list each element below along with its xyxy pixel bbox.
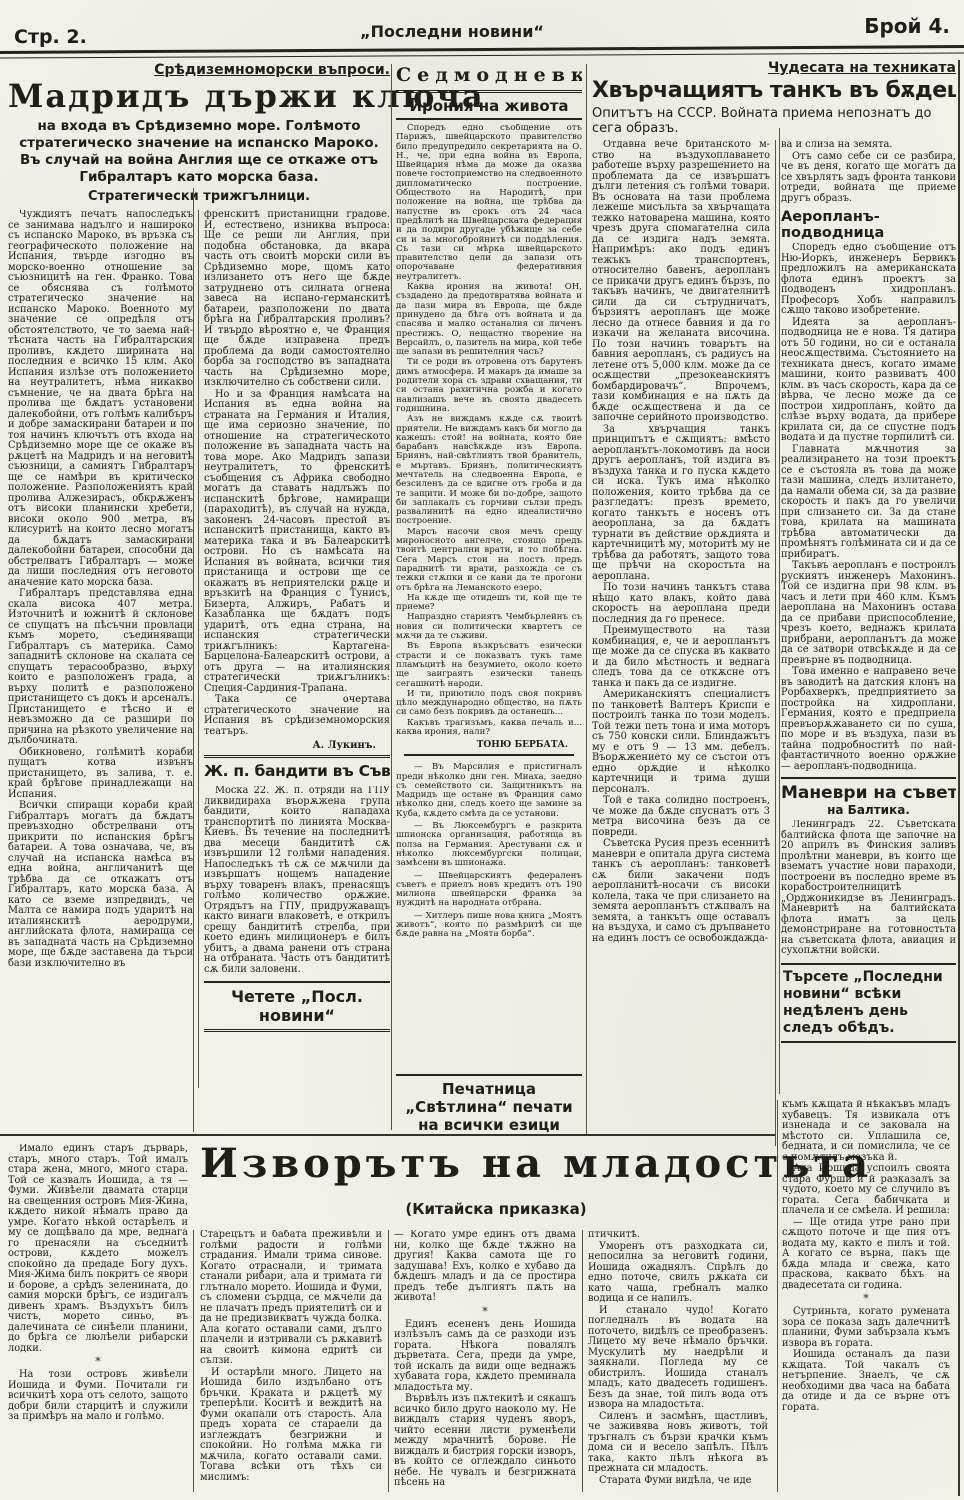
body-paragraph: къмъ кѫщата й нѣкакъвъ младъ хубавецъ. Т…: [782, 1100, 950, 1163]
tank-kicker: Чудесата на техниката: [592, 60, 956, 76]
body-paragraph: И станало чудо! Когато погледналъ въ вод…: [588, 1306, 768, 1411]
body-paragraph: И остарѣли много. Лицето на Иошида било …: [200, 1368, 382, 1484]
body-paragraph: Марсъ насочи своя мечъ срещу мироносното…: [396, 528, 582, 593]
body-paragraph: По този начинъ танкътъ става нѣщо като в…: [592, 583, 770, 625]
madrid-byline: А. Лукинъ.: [204, 740, 390, 751]
vertical-rule-bottom-4: [777, 1100, 778, 1492]
body-paragraph: Имало единъ старъ дърварь, старъ, много …: [8, 1144, 188, 1354]
spring-column-2: Старецътъ и бабата преживѣли и голѣми ра…: [200, 1230, 382, 1494]
body-paragraph: — Въ Марсилия е пристигналъ преди нѣколк…: [396, 763, 582, 819]
vertical-rule-bottom-3: [582, 1230, 583, 1492]
chetete-notice: Четете „Посл. новини“: [204, 981, 390, 1032]
body-paragraph: Силенъ и засмѣнъ, щастливъ, че заживява …: [588, 1412, 768, 1475]
body-paragraph: Така се очертава стратегическото значени…: [204, 695, 390, 737]
body-paragraph: — Въ Люксембургъ е разкрита шпионска орг…: [396, 822, 582, 868]
body-paragraph: Идеята за аеропланъ-подводница не е нова…: [781, 318, 956, 444]
body-paragraph: Уморенъ отъ разходката си, непосилна за …: [588, 1242, 768, 1305]
body-paragraph: За хвърчащия танкъ принципътъ е сѫщиятъ:…: [592, 425, 770, 583]
sedmodnevka-byline: ТОНЮ БЕРБАТА.: [396, 740, 582, 750]
body-paragraph: Напраздно стариятъ Чембърлейнъ съ новия …: [396, 613, 582, 641]
body-paragraph: — Швейцарскиятъ федераленъ съветъ е прие…: [396, 872, 582, 909]
aeroplan-submarine-headline: Аеропланъ-подводница: [781, 209, 956, 241]
body-paragraph: Старата Фуми видѣла, че иде: [588, 1476, 768, 1487]
article-sedmodnevka: Седмодневка Ирония на живота Споредъ едн…: [396, 64, 582, 1070]
body-paragraph: Споредъ едно съобщение отъ Парижъ, швейц…: [396, 124, 582, 282]
body-paragraph: Гибралтаръ представлява една скала висок…: [8, 589, 193, 747]
header-rule-thin: [0, 52, 964, 58]
body-paragraph: Какъвъ трагизъмъ, каква печаль и... какв…: [396, 719, 582, 738]
madrid-kicker: Срѣдиземноморски въпроси.: [8, 62, 390, 78]
vertical-rule-col2-col3: [391, 64, 392, 1130]
page-number-label: Стр. 2.: [14, 26, 87, 48]
maneuvers-subhead: на Балтика.: [781, 803, 956, 817]
tank-headline: Хвърчащиятъ танкъ въ бѫдещата война: [592, 78, 956, 103]
body-paragraph: Преимуществото на тази комбинация, е, че…: [592, 626, 770, 689]
sedmodnevka-section-title: Седмодневка: [396, 64, 582, 93]
body-paragraph: На кѫде ще отидешъ ти, кой ще те приеме?: [396, 594, 582, 613]
briefs-top-rule: [404, 754, 574, 756]
body-paragraph: Вървѣлъ изъ пѫтекитѣ и сякашъ всичко бил…: [394, 1394, 576, 1489]
vertical-rule-bottom-1: [193, 1230, 194, 1492]
spring-column-5: къмъ кѫщата й нѣкакъвъ младъ хубавецъ. Т…: [782, 1100, 950, 1494]
body-paragraph: Ала Иошида успоилъ своята стара Фурши и …: [782, 1164, 950, 1217]
body-paragraph: Главната мѫчнотия за реализирането на то…: [781, 445, 956, 561]
body-paragraph: — Когато умре единъ отъ двама ни, колко …: [394, 1230, 576, 1304]
article-bandits: Ж. п. бандити въ Съв. Русия Моска 22. Ж.…: [204, 755, 390, 1032]
body-paragraph: Отдавна вече британското м-ство на възду…: [592, 140, 770, 424]
madrid-deck: на входа въ Срѣдиземно море. Голѣмото ст…: [8, 118, 390, 186]
spring-column-3: — Когато умре единъ отъ двама ни, колко …: [394, 1230, 576, 1494]
body-paragraph: Каква ирония на живота! ОН, създадено да…: [396, 283, 582, 357]
section-star-separator: *: [8, 1356, 188, 1368]
search-notice: Търсете „Последни новини“ всѣки недѣленъ…: [781, 963, 956, 1043]
body-paragraph: Сутриньта, когато румената зора се показ…: [782, 1307, 950, 1349]
body-paragraph: — Ще отида утре рано при сѫщото поточе и…: [782, 1218, 950, 1292]
madrid-subhead: Стратегически трижгълници.: [8, 189, 390, 204]
body-paragraph: Обикновено, голѣмитѣ кораби пущатъ котва…: [8, 748, 193, 801]
body-paragraph: И ти, приютило подъ своя покривъ цѣло ме…: [396, 690, 582, 718]
body-paragraph: Старецътъ и бабата преживѣли и голѣми ра…: [200, 1230, 382, 1367]
vertical-rule-bottom-2: [388, 1230, 389, 1492]
bottom-section-rule: [0, 1134, 775, 1136]
body-paragraph: Азъ не виждамъ кѫде сѫ твоитѣ приятели. …: [396, 415, 582, 527]
sedmodnevka-body: Споредъ едно съобщение отъ Парижъ, швейц…: [396, 124, 582, 738]
body-paragraph: Моска 22. Ж. п. отряди на ГПУ ликвидирах…: [204, 786, 390, 975]
article-madrid: Срѣдиземноморски въпроси. Мадридъ държи …: [8, 62, 390, 1088]
body-paragraph: Това именно е направено вече въ заводитѣ…: [781, 667, 956, 772]
tank-column-2: ва и слиза на земята.Отъ само себе си се…: [781, 140, 956, 205]
spring-column-4: птичкитѣ.Уморенъ отъ разходката си, непо…: [588, 1230, 768, 1494]
bandits-headline: Ж. п. бандити въ Съв. Русия: [204, 755, 390, 783]
madrid-column-2: френскитѣ пристанищни градове. И, естест…: [204, 210, 390, 738]
body-paragraph: Ти се роди въ отровена отъ барутенъ димъ…: [396, 358, 582, 414]
vertical-rule-col3-col4: [586, 64, 587, 1134]
body-paragraph: Въ Европа възкръсватъ езически страсти и…: [396, 642, 582, 688]
body-paragraph: Чуждиятъ печатъ напоследъкъ се занимава …: [8, 210, 193, 588]
body-paragraph: Той е така солидно построенъ, че може да…: [592, 796, 770, 838]
body-paragraph: Единъ есененъ день Иошида излѣзълъ самъ …: [394, 1320, 576, 1394]
body-paragraph: френскитѣ пристанищни градове. И, естест…: [204, 210, 390, 389]
body-paragraph: Споредъ едно съобщение отъ Ню-Иоркъ, инж…: [781, 243, 956, 317]
spring-headline: Изворътъ на младостьта: [200, 1140, 792, 1187]
page-right-border: [958, 60, 960, 1496]
tank-column-1: Отдавна вече британското м-ство на възду…: [592, 140, 775, 1146]
body-paragraph: ва и слиза на земята.: [781, 140, 956, 151]
vertical-rule-col1-col2: [193, 188, 194, 1132]
body-paragraph: На този островъ живѣели Иошида и Фуми. П…: [8, 1370, 188, 1423]
news-briefs: — Въ Марсилия е пристигналъ преди нѣколк…: [396, 760, 582, 941]
bandits-body: Моска 22. Ж. п. отряди на ГПУ ликвидирах…: [204, 786, 390, 976]
sedmodnevka-subhead: Ирония на живота: [396, 93, 582, 120]
body-paragraph: Американскиятъ специалистъ по танковетѣ …: [592, 690, 770, 795]
masthead-title: „Последни новини“: [282, 22, 622, 41]
body-paragraph: Но и за Франция намѣсата на Испания въ е…: [204, 390, 390, 695]
body-paragraph: Иошида останалъ да пази кѫщата. Той чака…: [782, 1350, 950, 1413]
body-paragraph: Всички спиращи кораби край Гибралтаръ мо…: [8, 801, 193, 969]
issue-number-label: Брой 4.: [830, 14, 950, 38]
madrid-column-1: Чуждиятъ печатъ напоследъкъ се занимава …: [8, 210, 198, 1088]
maneuvers-body: Ленинградъ 22. Съветската балтийска флот…: [781, 820, 956, 958]
madrid-headline: Мадридъ държи ключа: [8, 78, 390, 114]
tank-deck: Опитътъ на СССР. Войната приема непознат…: [592, 106, 956, 136]
aeroplan-submarine-body: Споредъ едно съобщение отъ Ню-Иоркъ, инж…: [781, 243, 956, 773]
section-star-separator: *: [394, 1306, 576, 1318]
article-maneuvers: Маневри на съвет. флота на Балтика. Лени…: [781, 777, 956, 958]
body-paragraph: Такъвъ аеропланъ е построилъ рускиятъ ин…: [781, 561, 956, 666]
vertical-rule-col4-col5: [779, 128, 780, 1094]
body-paragraph: Ленинградъ 22. Съветската балтийска флот…: [781, 820, 956, 957]
section-star-separator: *: [782, 1293, 950, 1305]
article-tank: Чудесата на техниката Хвърчащиятъ танкъ …: [592, 60, 956, 1146]
maneuvers-headline: Маневри на съвет. флота: [781, 777, 956, 803]
body-paragraph: Отъ само себе си се разбира, че въ деня,…: [781, 152, 956, 205]
body-paragraph: птичкитѣ.: [588, 1230, 768, 1241]
printer-notice: Печатница „Свѣтлина“ печати на всички ез…: [396, 1074, 582, 1134]
spring-subhead: (Китайска приказка): [200, 1200, 792, 1218]
body-paragraph: Съветска Русия презъ есеннитѣ маневри е …: [592, 839, 770, 944]
spring-column-1: Имало единъ старъ дърварь, старъ, много …: [8, 1144, 188, 1494]
body-paragraph: — Хитлеръ пише нова книга „Моятъ животъ“…: [396, 912, 582, 940]
